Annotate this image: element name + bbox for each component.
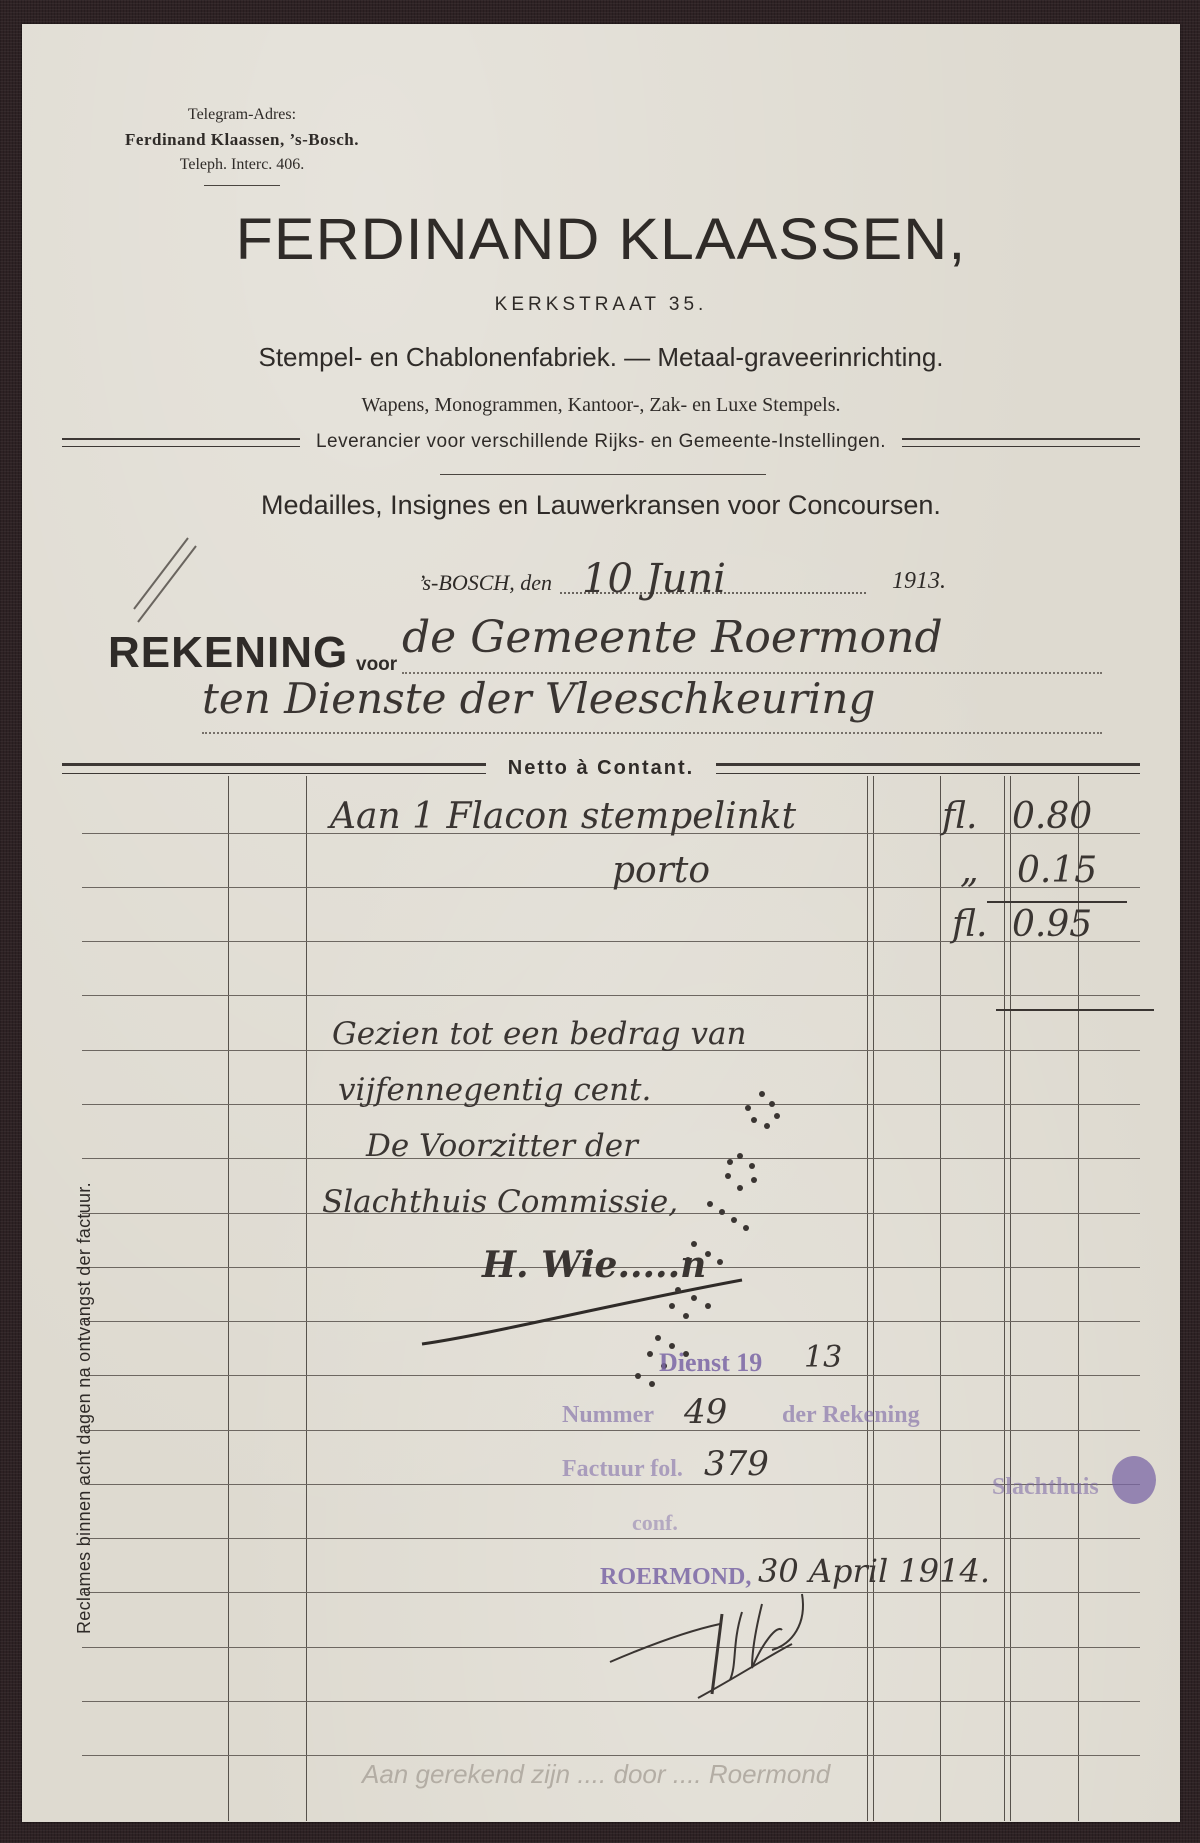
recipient-line-1: de Gemeente Roermond	[402, 612, 943, 663]
supplier-note: Leverancier voor verschillende Rijks- en…	[316, 431, 886, 453]
divider	[440, 474, 766, 475]
sum-rule	[987, 901, 1127, 903]
column-line	[1010, 776, 1011, 1821]
stamp-conf-label: conf.	[632, 1510, 678, 1536]
payment-terms: Netto à Contant.	[508, 757, 694, 780]
stamp-nummer-label: Nummer	[562, 1402, 654, 1429]
dotted-line	[202, 732, 1102, 734]
line-item-amount: 0.15	[1017, 850, 1097, 891]
total-underline	[996, 1009, 1154, 1011]
column-line	[873, 776, 874, 1821]
column-line	[867, 776, 868, 1821]
line-item-description: Aan 1 Flacon stempelinkt	[330, 796, 796, 837]
date-day-month: 10 Juni	[582, 556, 726, 602]
telephone: Teleph. Interc. 406.	[22, 156, 462, 174]
trade-description: Stempel- en Chablonenfabriek. — Metaal-g…	[22, 342, 1180, 373]
stamp-factuur-label: Factuur fol.	[562, 1456, 683, 1483]
supplier-row: Leverancier voor verschillende Rijks- en…	[62, 428, 1140, 456]
double-rule	[62, 763, 486, 774]
double-rule	[902, 438, 1140, 447]
line-item-currency: „	[960, 850, 979, 891]
row-line	[82, 1755, 1140, 1756]
divider	[204, 185, 280, 186]
stamp-dienst: Dienst 19	[659, 1348, 762, 1378]
pencil-slash-mark	[130, 534, 200, 624]
telegram-name: Ferdinand Klaassen, ’s-Bosch.	[22, 130, 462, 150]
invoice-paper: Telegram-Adres: Ferdinand Klaassen, ’s-B…	[22, 24, 1180, 1822]
medals-line: Medailles, Insignes en Lauwerkransen voo…	[22, 490, 1180, 521]
column-line	[306, 776, 307, 1821]
firm-name: FERDINAND KLAASSEN,	[0, 206, 1200, 273]
line-item-currency: fl.	[942, 796, 977, 837]
column-line	[1004, 776, 1005, 1821]
double-rule	[62, 438, 300, 447]
products-line: Wapens, Monogrammen, Kantoor-, Zak- en L…	[22, 394, 1180, 417]
row-line	[82, 1484, 1140, 1485]
telegram-label: Telegram-Adres:	[22, 106, 462, 124]
stamp-factuur-value: 379	[704, 1444, 769, 1484]
total-amount: 0.95	[1012, 904, 1092, 945]
line-item-amount: 0.80	[1012, 796, 1092, 837]
terms-row: Netto à Contant.	[62, 754, 1140, 782]
double-rule	[716, 763, 1140, 774]
stamp-nummer-value: 49	[684, 1392, 727, 1432]
row-line	[82, 995, 1140, 996]
stamp-slachthuis: Slachthuis	[992, 1474, 1099, 1501]
complaints-note: Reclames binnen acht dagen na ontvangst …	[74, 1182, 95, 1634]
stamp-blot	[1112, 1456, 1156, 1504]
date-year: 1913.	[892, 568, 946, 595]
official-signature-icon	[602, 1584, 842, 1724]
invoice-title: REKENING	[108, 628, 348, 678]
pencil-note: Aan gerekend zijn .... door .... Roermon…	[362, 1759, 830, 1790]
perforation-stamp-icon	[472, 1054, 802, 1394]
row-line	[82, 1430, 1140, 1431]
street-address: KERKSTRAAT 35.	[22, 294, 1180, 316]
stamp-dienst-year: 13	[804, 1340, 842, 1375]
column-line	[940, 776, 941, 1821]
total-currency: fl.	[952, 904, 987, 945]
row-line	[82, 887, 1140, 888]
approval-line: Gezien tot een bedrag van	[332, 1016, 746, 1052]
stamp-rekening-label: der Rekening	[782, 1402, 920, 1429]
recipient-line-2: ten Dienste der Vleeschkeuring	[202, 674, 875, 723]
row-line	[82, 1538, 1140, 1539]
date-city: ’s-BOSCH, den	[418, 570, 552, 596]
column-line	[228, 776, 229, 1821]
voor-label: voor	[356, 654, 397, 676]
line-item-description: porto	[612, 850, 710, 891]
